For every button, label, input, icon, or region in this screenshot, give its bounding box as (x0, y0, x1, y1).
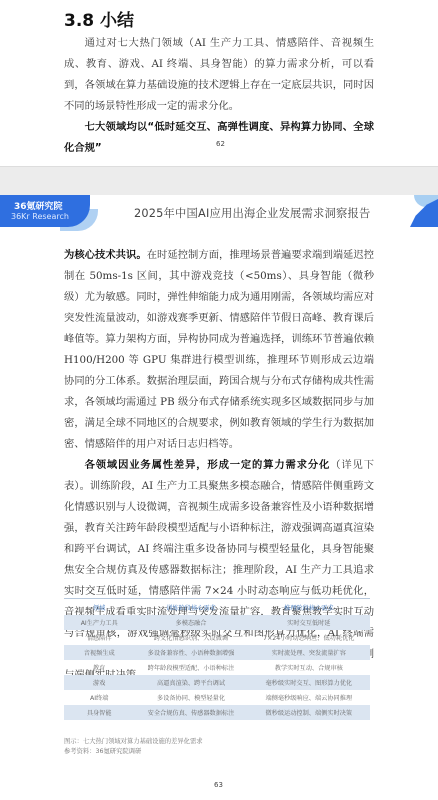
document-page-63: 36氪研究院 36Kr Research 2025年中国AI应用出海企业发展需求… (0, 195, 438, 800)
paragraph-text: 通过对七大热门领域（AI 生产力工具、情感陪伴、音视频生成、教育、游戏、AI 终… (64, 33, 374, 117)
column-header: 推理阶段核心需求 (248, 599, 370, 616)
logo-text-en: 36Kr Research (11, 212, 69, 221)
table-row: 音视频生成 多设备兼容性、小语种数据增强 实时流处理、突发流量扩容 (64, 645, 370, 660)
table-cell: 7×24小时动态响应、低功耗优化 (248, 630, 370, 645)
table-cell: 游戏 (64, 675, 134, 690)
table-cell: 微秒级运动控制、端侧实时决策 (248, 705, 370, 720)
document-page-62: 3.8 小结 通过对七大热门领域（AI 生产力工具、情感陪伴、音视频生成、教育、… (0, 0, 438, 166)
table-row: 情感陪伴 跨文化情感识别、人设微调 7×24小时动态响应、低功耗优化 (64, 630, 370, 645)
bold-lead: 为核心技术共识。 (64, 249, 147, 261)
bold-lead: 各领域因业务属性差异，形成一定的算力需求分化 (85, 459, 331, 471)
table-row: AI生产力工具 多模态融合 实时交互低时延 (64, 615, 370, 630)
bold-statement: 七大领域均以“低时延交互、高弹性调度、异构算力协同、全球化合规” (64, 117, 374, 159)
table-cell: AI生产力工具 (64, 615, 134, 630)
report-header: 36氪研究院 36Kr Research 2025年中国AI应用出海企业发展需求… (0, 195, 438, 239)
table-row: AI终端 多设备协同、模型轻量化 端侧毫秒级响应、端云协同推理 (64, 690, 370, 705)
table-cell: 实时交互低时延 (248, 615, 370, 630)
column-header: 领域 (64, 599, 134, 616)
report-title: 2025年中国AI应用出海企业发展需求洞察报告 (134, 205, 370, 221)
paragraph-text: 在时延控制方面，推理场景普遍要求端到端延迟控制在 50ms-1s 区间，其中游戏… (64, 249, 374, 450)
section-title: 3.8 小结 (64, 6, 134, 31)
page-number: 62 (216, 140, 225, 148)
logo-36kr-research: 36氪研究院 36Kr Research (0, 195, 90, 227)
table-row: 游戏 高逼真渲染、跨平台调试 毫秒级实时交互、图形算力优化 (64, 675, 370, 690)
table-cell: 情感陪伴 (64, 630, 134, 645)
table-row: 教育 跨年龄段模型适配、小语种标注 教学实时互动、合规审核 (64, 660, 370, 675)
table-cell: 毫秒级实时交互、图形算力优化 (248, 675, 370, 690)
table-cell: 高逼真渲染、跨平台调试 (134, 675, 247, 690)
table-row: 具身智能 安全合规仿真、传感器数据标注 微秒级运动控制、端侧实时决策 (64, 705, 370, 720)
figure-caption: 图示：七大热门领域对算力基础设施的差异化需求 (64, 736, 203, 745)
table-header-row: 领域 训练阶段核心需求 推理阶段核心需求 (64, 599, 370, 616)
table-cell: 安全合规仿真、传感器数据标注 (134, 705, 247, 720)
compute-demand-table: 领域 训练阶段核心需求 推理阶段核心需求 AI生产力工具 多模态融合 实时交互低… (64, 598, 370, 720)
table-cell: AI终端 (64, 690, 134, 705)
table-cell: 教学实时互动、合规审核 (248, 660, 370, 675)
table-cell: 跨文化情感识别、人设微调 (134, 630, 247, 645)
table-cell: 多设备协同、模型轻量化 (134, 690, 247, 705)
table-cell: 音视频生成 (64, 645, 134, 660)
column-header: 训练阶段核心需求 (134, 599, 247, 616)
table-cell: 多模态融合 (134, 615, 247, 630)
table-cell: 端侧毫秒级响应、端云协同推理 (248, 690, 370, 705)
page-number: 63 (214, 781, 223, 789)
table-cell: 实时流处理、突发流量扩容 (248, 645, 370, 660)
table-cell: 教育 (64, 660, 134, 675)
page-separator (0, 166, 438, 196)
table-cell: 跨年龄段模型适配、小语种标注 (134, 660, 247, 675)
logo-text-cn: 36氪研究院 (14, 199, 63, 212)
paragraph-consensus: 为核心技术共识。在时延控制方面，推理场景普遍要求端到端延迟控制在 50ms-1s… (64, 245, 374, 455)
source-caption: 参考资料：36氪研究院调研 (64, 746, 141, 755)
table-cell: 具身智能 (64, 705, 134, 720)
table-cell: 多设备兼容性、小语种数据增强 (134, 645, 247, 660)
